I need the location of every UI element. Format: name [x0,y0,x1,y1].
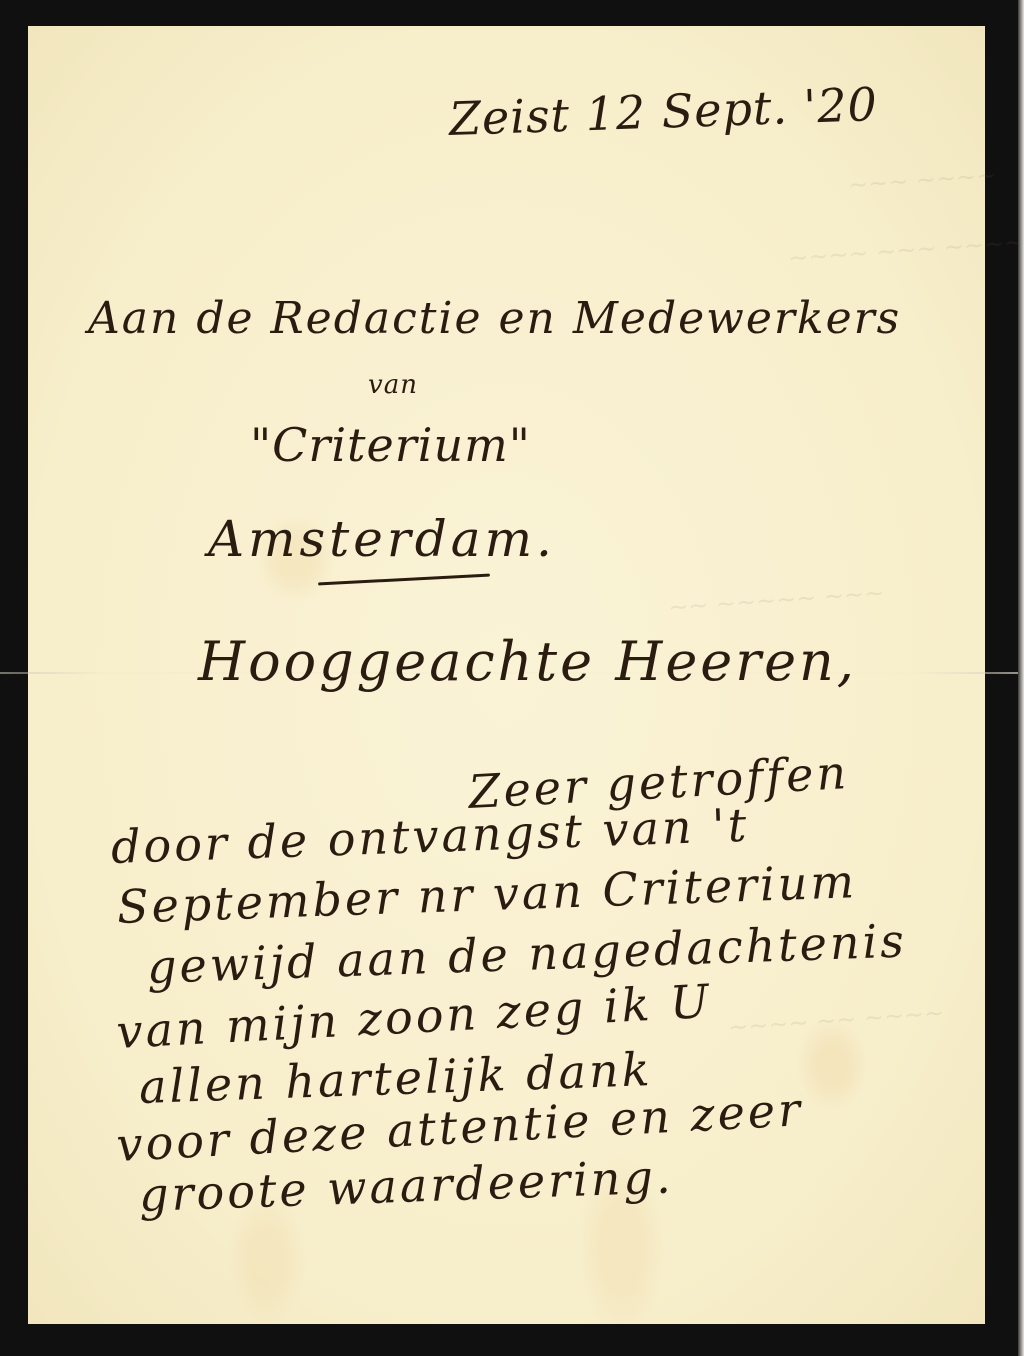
salutation: Hooggeachte Heeren, [198,630,857,693]
show-through-text: ~~~~ ~~~ ~~~~ [787,228,1024,272]
show-through-text: ~~~~ ~~ ~~~~ [727,998,945,1041]
show-through-text: ~~~ ~~~~ [847,161,997,199]
show-through-text: ~~ ~~~~~ ~~~ [667,578,885,621]
addressee-van: van [368,370,418,400]
scan-edge [1018,0,1024,1356]
addressee-line: Aan de Redactie en Medewerkers [88,293,901,344]
journal-name: "Criterium" [250,418,531,472]
addressee-city: Amsterdam. [208,510,556,568]
